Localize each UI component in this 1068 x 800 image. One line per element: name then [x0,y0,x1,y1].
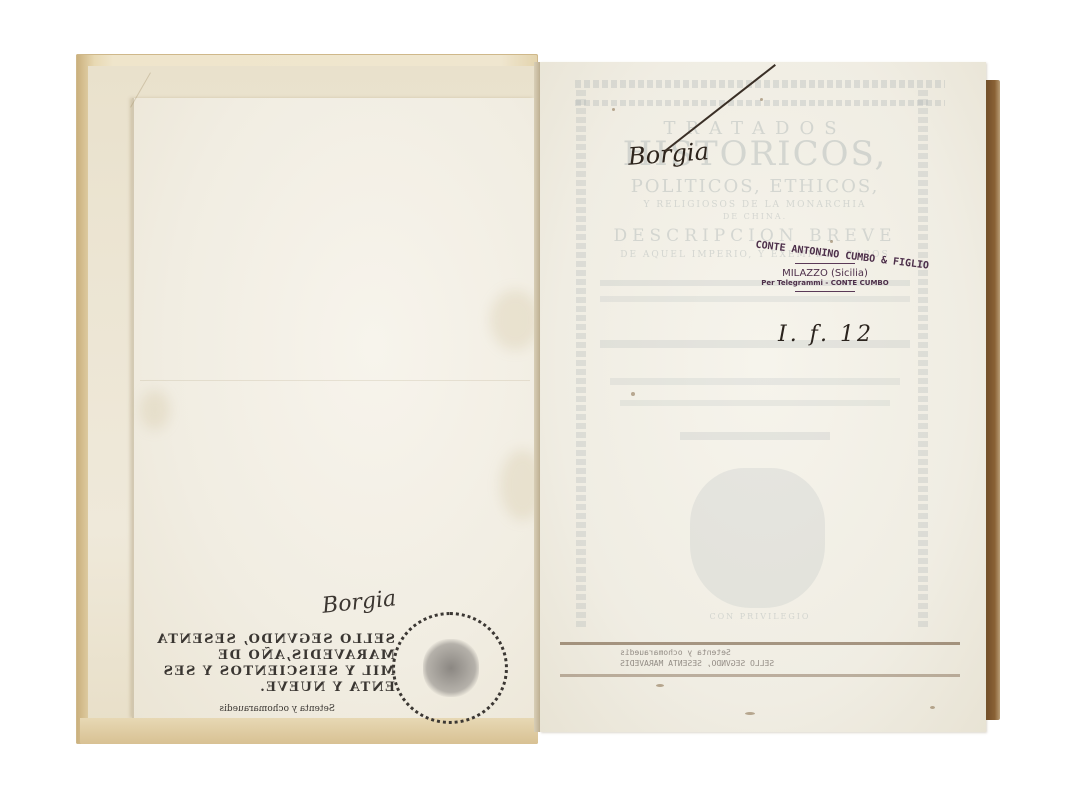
showthrough-border [575,80,945,88]
mirrored-small-line: Setenta y ochomarauedis [140,704,335,714]
handwritten-shelfmark: I. f. 12 [778,322,874,347]
mirrored-line: MARAVEDIS,AÑO DE [140,648,395,664]
seal-crown-icon [423,639,479,697]
stain [140,390,170,430]
showthrough-printer-device-icon [690,468,825,608]
book-photograph: Borgia SELLO SEGVNDO, SESENTA MARAVEDIS,… [0,0,1068,800]
handwritten-signature-right: Borgia [627,137,710,171]
foxing-spot [760,98,763,101]
offset-text: SELLO SEGVNDO, SESENTA MARAVEDIS [620,659,774,668]
mirrored-line: ENTA Y NUEVE. [140,680,395,696]
stamp-location: MILAZZO (Sicilia) [755,268,895,279]
foxing-spot [631,392,635,396]
showthrough-text-block [600,296,910,302]
stain [490,290,540,350]
cover-bottom-turnin [80,718,538,744]
tax-seal-emblem-icon [392,612,508,724]
offset-print-strip: Setenta y ochomarauedis SELLO SEGVNDO, S… [560,638,960,678]
showthrough-border [918,90,928,630]
showthrough-border [576,90,586,630]
foxing-spot [745,712,755,715]
showthrough-text-block [680,432,830,440]
stamp-telegram: Per Telegrammi - CONTE CUMBO [755,279,895,287]
showthrough-text-block [610,378,900,385]
owner-stamp: CONTE ANTONINO CUMBO & FIGLIO MILAZZO (S… [755,248,895,296]
stamp-rule [795,263,855,264]
showthrough-text-block [620,400,890,406]
offset-rule [560,642,960,645]
foxing-spot [930,706,935,709]
stamp-rule [795,291,855,292]
showthrough-title-line: POLITICOS, ETHICOS, [595,176,915,197]
mirrored-stamped-paper-text: SELLO SEGVNDO, SESENTA MARAVEDIS,AÑO DE … [140,632,395,714]
pastedown-edge [132,98,134,718]
offset-rule [560,674,960,677]
foxing-spot [656,684,664,687]
showthrough-title-line: Y RELIGIOSOS DE LA MONARCHIA [595,200,915,210]
showthrough-imprint: CON PRIVILEGIO [650,612,870,621]
mirrored-line: SELLO SEGVNDO, SESENTA [140,632,395,648]
offset-text: Setenta y ochomarauedis [620,648,731,657]
mirrored-line: MIL Y SEISCIENTOS Y SES [140,664,395,680]
paper-crease [140,380,530,381]
foxing-spot [830,240,833,243]
foxing-spot [612,108,615,111]
showthrough-title-line: DE CHINA. [595,212,915,221]
